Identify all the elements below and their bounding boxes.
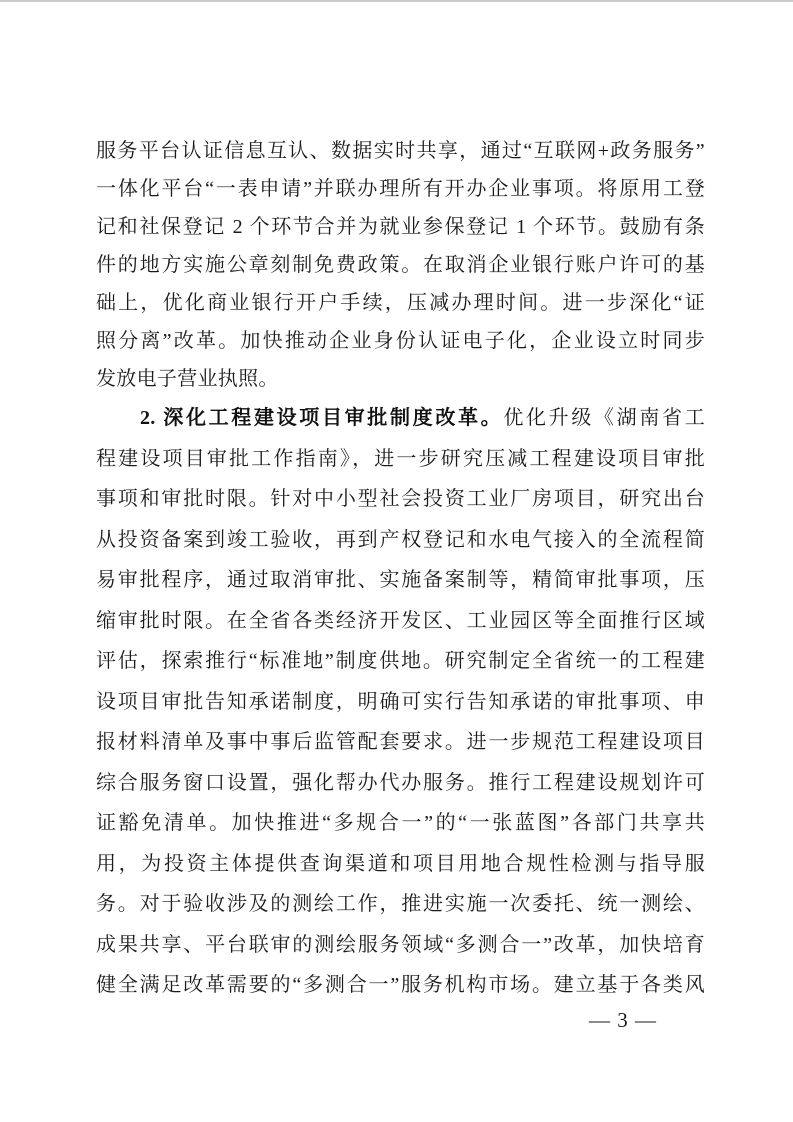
text-line: 成果共享、平台联审的测绘服务领域“多测合一”改革，加快培育 (96, 925, 705, 966)
body-text: 服务平台认证信息互认、数据实时共享，通过“互联网+政务服务” 一体化平台“一表申… (96, 132, 705, 1006)
paragraph-continuation: 服务平台认证信息互认、数据实时共享，通过“互联网+政务服务” 一体化平台“一表申… (96, 132, 705, 398)
text-line: 设项目审批告知承诺制度，明确可实行告知承诺的审批事项、申 (96, 682, 705, 723)
text-line: 照分离”改革。加快推动企业身份认证电子化，企业设立时同步 (96, 322, 705, 360)
text-line: 事项和审批时限。针对中小型社会投资工业厂房项目，研究出台 (96, 479, 705, 520)
text-line: 缩审批时限。在全省各类经济开发区、工业园区等全面推行区域 (96, 601, 705, 642)
text-line: 健全满足改革需要的“多测合一”服务机构市场。建立基于各类风 (96, 965, 705, 1006)
text-line: 程建设项目审批工作指南》，进一步研究压减工程建设项目审批 (96, 439, 705, 480)
text-line: 一体化平台“一表申请”并联办理所有开办企业事项。将原用工登 (96, 170, 705, 208)
text-line: 从投资备案到竣工验收，再到产权登记和水电气接入的全流程简 (96, 520, 705, 561)
text-line: 发放电子营业执照。 (96, 360, 705, 398)
section-heading-bold: 2. 深化工程建设项目审批制度改革。 (140, 407, 503, 429)
text-line: 评估，探索推行“标准地”制度供地。研究制定全省统一的工程建 (96, 641, 705, 682)
section-heading-rest: 优化升级《湖南省工 (503, 407, 705, 429)
text-line: 易审批程序，通过取消审批、实施备案制等，精简审批事项，压 (96, 560, 705, 601)
page-number: — 3 — (96, 1008, 705, 1033)
document-page: 服务平台认证信息互认、数据实时共享，通过“互联网+政务服务” 一体化平台“一表申… (0, 0, 793, 1122)
text-line: 务。对于验收涉及的测绘工作，推进实施一次委托、统一测绘、 (96, 884, 705, 925)
text-line: 证豁免清单。加快推进“多规合一”的“一张蓝图”各部门共享共 (96, 803, 705, 844)
text-line: 础上，优化商业银行开户手续，压减办理时间。进一步深化“证 (96, 284, 705, 322)
text-line: 用，为投资主体提供查询渠道和项目用地合规性检测与指导服 (96, 844, 705, 885)
text-line: 报材料清单及事中事后监管配套要求。进一步规范工程建设项目 (96, 722, 705, 763)
text-line: 记和社保登记 2 个环节合并为就业参保登记 1 个环节。鼓励有条 (96, 208, 705, 246)
text-line: 综合服务窗口设置，强化帮办代办服务。推行工程建设规划许可 (96, 763, 705, 804)
text-line: 件的地方实施公章刻制免费政策。在取消企业银行账户许可的基 (96, 246, 705, 284)
scan-top-edge-artifact (0, 0, 793, 2)
text-line: 服务平台认证信息互认、数据实时共享，通过“互联网+政务服务” (96, 132, 705, 170)
text-line: 2. 深化工程建设项目审批制度改革。优化升级《湖南省工 (96, 398, 705, 439)
paragraph-section-2: 2. 深化工程建设项目审批制度改革。优化升级《湖南省工 程建设项目审批工作指南》… (96, 398, 705, 1006)
